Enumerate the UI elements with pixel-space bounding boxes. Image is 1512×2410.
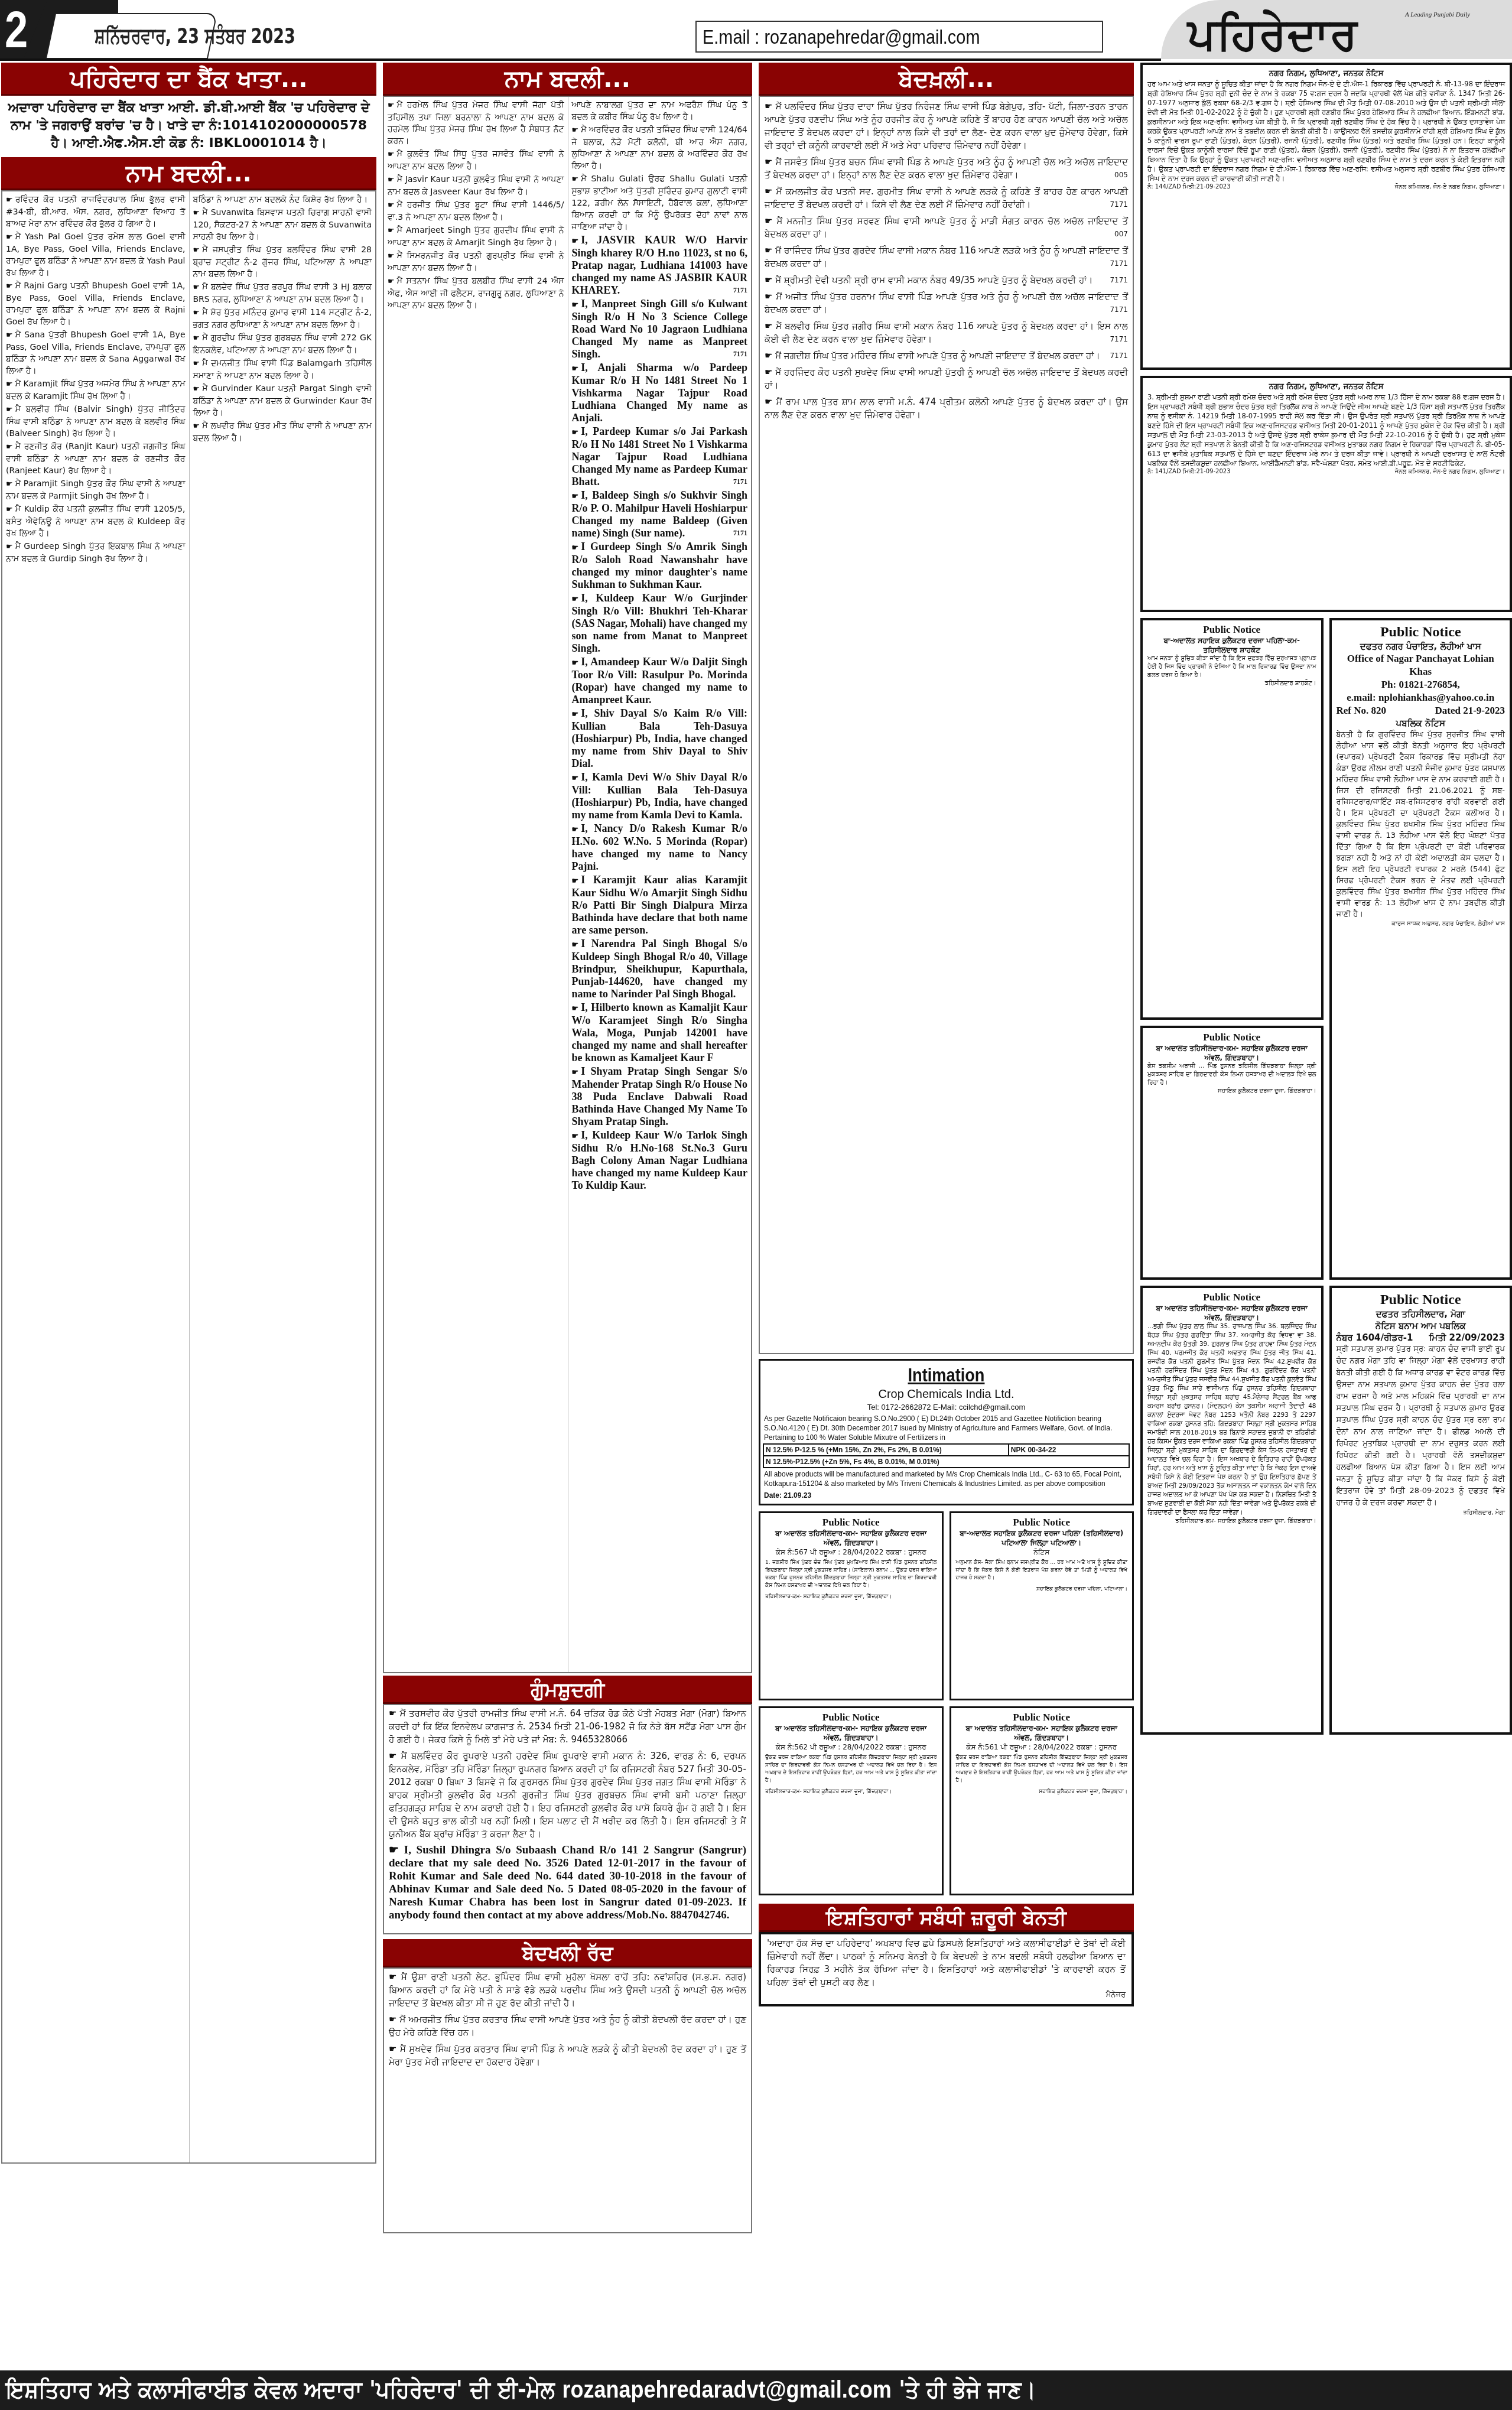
list-item: ☛ I, Sushil Dhingra S/o Subaash Chand R/…	[384, 1842, 751, 1924]
mc-ludhiana-notice-1: ਨਗਰ ਨਿਗਮ, ਲੁਧਿਆਣਾ, ਜਨਤਕ ਨੋਟਿਸ ਹਰ ਆਮ ਅਤੇ …	[1140, 63, 1512, 370]
pointing-hand-icon: ☛	[193, 359, 200, 368]
list-item: ☛ ਮੈਂ ਮਨਜੀਤ ਸਿੰਘ ਪੁੱਤਰ ਸਰਵਣ ਸਿੰਘ ਵਾਸੀ ਆਪ…	[760, 213, 1133, 242]
section-header-disown: ਬੇਦਖ਼ਲੀ...	[759, 63, 1134, 96]
public-notice-shahkot: Public Notice ਬਾ-ਅਦਾਲਤ ਸਹਾਇਕ ਕੁਲੈਕਟਰ ਦਰਜ…	[1140, 618, 1324, 1020]
pointing-hand-icon: ☛	[572, 175, 579, 184]
list-item: ☛ ਮੈਂ ਪਲਵਿੰਦਰ ਸਿੰਘ ਪੁੱਤਰ ਦਾਰਾ ਸਿੰਘ ਪੁੱਤਰ…	[760, 98, 1133, 154]
list-item: ☛ਮੈਂ ਸਿਮਰਨਜੀਤ ਕੌਰ ਪਤਨੀ ਗੁਰਪ੍ਰੀਤ ਸਿੰਘ ਵਾਸ…	[388, 250, 564, 274]
intimation-product-table: N 12.5% P-12.5 % (+Mn 15%, Zn 2%, Fs 2%,…	[763, 1443, 1130, 1468]
public-notice-lohian-khas: Public Notice ਦਫਤਰ ਨਗਰ ਪੰਚਾਇਤ, ਲੋਹੀਆਂ ਖਾ…	[1329, 618, 1512, 1280]
pointing-hand-icon: ☛	[6, 443, 13, 451]
table-row: N 12.5%-P12.5% (+Zn 5%, Fs 4%, B 0.01%, …	[763, 1456, 1129, 1468]
public-notice-card: Public Notice ਬਾ ਅਦਾਲਤ ਤਹਿਸੀਲਦਾਰ-ਕਮ- ਸਹਾ…	[759, 1706, 944, 1895]
footer-text: ਇਸ਼ਤਿਹਾਰ ਅਤੇ ਕਲਾਸੀਫਾਈਡ ਕੇਵਲ ਅਦਾਰਾ 'ਪਹਿਰੇ…	[6, 2374, 1036, 2406]
column-2: ਨਾਮ ਬਦਲੀ... ☛ਮੈਂ ਹਰਮੇਲ ਸਿੰਘ ਪੁੱਤਰ ਮੇਜਰ ਸ…	[383, 63, 752, 2233]
list-item: ☛ਮੈਂ ਬਲਵੀਰ ਸਿੰਘ (Balvir Singh) ਪੁੱਤਰ ਜੀਤ…	[6, 404, 186, 440]
list-item: ☛I, Nancy D/o Rakesh Kumar R/o H.No. 602…	[572, 822, 748, 873]
list-item: ☛ ਮੈਂ ਜਗਦੀਸ਼ ਸਿੰਘ ਪੁੱਤਰ ਮਹਿੰਦਰ ਸਿੰਘ ਵਾਸੀ…	[760, 347, 1133, 364]
name-change-subcol-left: ☛ਰਵਿੰਦਰ ਕੌਰ ਪਤਨੀ ਰਾਜਵਿੰਦਰਪਾਲ ਸਿੰਘ ਭੁੱਲਰ …	[2, 191, 189, 2162]
list-item: ☛ਮੈਂ Sana ਪੁੱਤਰੀ Bhupesh Goel ਵਾਸੀ 1A, B…	[6, 329, 186, 377]
pointing-hand-icon: ☛	[193, 385, 200, 393]
list-item: ☛I Karamjit Kaur alias Karamjit Kaur Sid…	[572, 874, 748, 936]
pointing-hand-icon: ☛	[388, 226, 395, 235]
list-item: ☛I, Baldeep Singh s/o Sukhvir Singh R/o …	[572, 489, 748, 539]
list-item: ☛ ਮੈਂ ਤਰਸਵੀਰ ਕੌਰ ਪੁੱਤਰੀ ਰਾਮਜੀਤ ਸਿੰਘ ਵਾਸੀ…	[384, 1705, 751, 1748]
issue-date: ਸ਼ਨਿੱਚਰਵਾਰ, 23 ਸਤੰਬਰ 2023	[95, 25, 295, 48]
list-item: ☛ਮੈਂ Kuldip ਕੌਰ ਪਤਨੀ ਕੁਲਜੀਤ ਸਿੰਘ ਵਾਸੀ 12…	[6, 503, 186, 539]
list-item: ☛ਮੈਂ Yash Pal Goel ਪੁੱਤਰ ਰਮੇਸ਼ ਲਾਲ Goel …	[6, 231, 186, 279]
pointing-hand-icon: ☛	[765, 216, 772, 226]
pointing-hand-icon: ☛	[572, 876, 579, 885]
list-item: ☛I, Anjali Sharma w/o Pardeep Kumar R/o …	[572, 362, 748, 424]
intimation-title: Intimation	[791, 1363, 1103, 1387]
pointing-hand-icon: ☛	[6, 233, 13, 242]
col4-right-stack-2: Public Notice ਦਫਤਰ ਤਹਿਸੀਲਦਾਰ, ਮੋਗਾ ਨੋਟਿਸ…	[1329, 1286, 1512, 1741]
name-change-list-1: ☛ਰਵਿੰਦਰ ਕੌਰ ਪਤਨੀ ਰਾਜਵਿੰਦਰਪਾਲ ਸਿੰਘ ਭੁੱਲਰ …	[1, 190, 376, 2164]
name-change-subcol-right: ਬਠਿੰਡਾ ਨੇ ਆਪਣਾ ਨਾਮ ਬਦਲਕੇ ਨੰਦ ਕਿਸ਼ੋਰ ਰੱਖ …	[189, 191, 376, 2162]
intimation-date: Date: 21.09.23	[763, 1489, 1130, 1501]
list-item: ☛ਮੈਂ ਅਰਵਿੰਦਰ ਕੌਰ ਪਤਨੀ ਤਜਿੰਦਰ ਸਿੰਘ ਵਾਸੀ 1…	[572, 124, 748, 172]
public-notice-card: Public Notice ਬਾ ਅਦਾਲਤ ਤਹਿਸੀਲਦਾਰ-ਕਮ- ਸਹਾ…	[950, 1706, 1134, 1895]
section-header-bank-account: ਪਹਿਰੇਦਾਰ ਦਾ ਬੈਂਕ ਖਾਤਾ...	[1, 63, 376, 96]
list-item: ☛ਮੈਂ Paramjit Singh ਪੁੱਤਰ ਕੌਰ ਸਿੰਘ ਵਾਸੀ …	[6, 478, 186, 502]
list-item: ☛I, Kuldeep Kaur W/o Tarlok Singh Sidhu …	[572, 1129, 748, 1192]
section-header-name-change: ਨਾਮ ਬਦਲੀ...	[1, 157, 376, 190]
list-item: ☛ਰਵਿੰਦਰ ਕੌਰ ਪਤਨੀ ਰਾਜਵਿੰਦਰਪਾਲ ਸਿੰਘ ਭੁੱਲਰ …	[6, 194, 186, 230]
public-notice-card: Public Notice ਬਾ-ਅਦਾਲਤ ਸਹਾਇਕ ਕੁਲੈਕਟਰ ਦਰਜ…	[950, 1511, 1134, 1700]
list-item: ☛ਮੈਂ ਹਰਮੇਲ ਸਿੰਘ ਪੁੱਤਰ ਮੇਜਰ ਸਿੰਘ ਵਾਸੀ ਜੱਗ…	[388, 99, 564, 147]
pointing-hand-icon: ☛	[6, 405, 13, 414]
list-item: ☛ ਮੈਂ ਜਸਵੰਤ ਸਿੰਘ ਪੁੱਤਰ ਬਚਨ ਸਿੰਘ ਵਾਸੀ ਪਿੰ…	[760, 154, 1133, 183]
table-cell: N 12.5% P-12.5 % (+Mn 15%, Zn 2%, Fs 2%,…	[763, 1444, 1009, 1456]
public-notice-card: Public Notice ਬਾ ਅਦਾਲਤ ਤਹਿਸੀਲਦਾਰ-ਕਮ- ਸਹਾ…	[759, 1511, 944, 1700]
pointing-hand-icon: ☛	[6, 331, 13, 340]
newspaper-logo: ਪਹਿਰੇਦਾਰ	[1188, 11, 1358, 58]
col4-split-row: Public Notice ਬਾ-ਅਦਾਲਤ ਸਹਾਇਕ ਕੁਲੈਕਟਰ ਦਰਜ…	[1140, 618, 1512, 1286]
table-cell: N 12.5%-P12.5% (+Zn 5%, Fs 4%, B 0.01%, …	[763, 1456, 1129, 1468]
pointing-hand-icon: ☛	[389, 1708, 396, 1719]
pointing-hand-icon: ☛	[388, 150, 395, 159]
list-item: ਬਠਿੰਡਾ ਨੇ ਆਪਣਾ ਨਾਮ ਬਦਲਕੇ ਨੰਦ ਕਿਸ਼ੋਰ ਰੱਖ …	[193, 194, 372, 206]
notice-email: e.mail: nplohiankhas@yahoo.co.in	[1337, 691, 1506, 704]
name-change-2-subcol-left: ☛ਮੈਂ ਹਰਮੇਲ ਸਿੰਘ ਪੁੱਤਰ ਮੇਜਰ ਸਿੰਘ ਵਾਸੀ ਜੱਗ…	[384, 97, 568, 1672]
list-item: ☛ ਮੈਂ ਕਮਲਜੀਤ ਕੌਰ ਪਤਨੀ ਸਵ. ਗੁਰਮੀਤ ਸਿੰਘ ਵਾ…	[760, 183, 1133, 213]
section-header-ad-request: ਇਸ਼ਤਿਹਾਰਾਂ ਸਬੰਧੀ ਜ਼ਰੂਰੀ ਬੇਨਤੀ	[759, 1904, 1134, 1932]
list-item: ☛ ਮੈਂ ਰਾਮ ਪਾਲ ਪੁੱਤਰ ਸ਼ਾਮ ਲਾਲ ਵਾਸੀ ਮ.ਨੰ. …	[760, 393, 1133, 423]
pointing-hand-icon: ☛	[572, 710, 579, 718]
list-item: ☛ ਮੈਂ ਊਸ਼ਾ ਰਾਣੀ ਪਤਨੀ ਲੇਟ. ਭੁਪਿੰਦਰ ਸਿੰਘ ਵ…	[384, 1969, 751, 2011]
pointing-hand-icon: ☛	[765, 291, 772, 302]
list-item: ☛ਮੈਂ ਜਸਪ੍ਰੀਤ ਸਿੰਘ ਪੁੱਤਰ ਬਲਵਿੰਦਰ ਸਿੰਘ ਵਾਸ…	[193, 244, 372, 280]
list-item: ☛I, Hilberto known as Kamaljit Kaur W/o …	[572, 1001, 748, 1064]
pointing-hand-icon: ☛	[6, 380, 13, 389]
column-1: ਪਹਿਰੇਦਾਰ ਦਾ ਬੈਂਕ ਖਾਤਾ... ਅਦਾਰਾ ਪਹਿਰੇਦਾਰ …	[1, 63, 376, 2164]
list-item: ☛ ਮੈਂ ਬਲਵੀਰ ਸਿੰਘ ਪੁੱਤਰ ਜਗੀਰ ਸਿੰਘ ਵਾਸੀ ਮਕ…	[760, 318, 1133, 347]
list-item: ☛I, Shiv Dayal S/o Kaim R/o Vill: Kullia…	[572, 707, 748, 770]
intimation-contact: Tel: 0172-2662872 E-Mail: ccilchd@gmail.…	[763, 1402, 1130, 1413]
list-item: ☛ਮੈਂ Gurvinder Kaur ਪਤਨੀ Pargat Singh ਵਾ…	[193, 383, 372, 419]
pointing-hand-icon: ☛	[6, 505, 13, 514]
pointing-hand-icon: ☛	[572, 428, 579, 437]
intimation-body: As per Gazette Notificaion bearing S.O.N…	[763, 1413, 1130, 1443]
column-3: ਬੇਦਖ਼ਲੀ... ☛ ਮੈਂ ਪਲਵਿੰਦਰ ਸਿੰਘ ਪੁੱਤਰ ਦਾਰਾ…	[759, 63, 1134, 2006]
list-item: ☛I, JASVIR KAUR W/O Harvir Singh kharey …	[572, 234, 748, 297]
pointing-hand-icon: ☛	[572, 126, 579, 135]
list-item: ☛ ਮੈਂ ਰਾਜਿੰਦਰ ਸਿੰਘ ਪੁੱਤਰ ਗੁਰਦੇਵ ਸਿੰਘ ਵਾਸ…	[760, 242, 1133, 272]
list-item: ☛ ਮੈਂ ਬਲਵਿੰਦਰ ਕੌਰ ਰੂਪਰਾਏ ਪਤਨੀ ਹਰਦੇਵ ਸਿੰਘ…	[384, 1748, 751, 1842]
pointing-hand-icon: ☛	[389, 1751, 396, 1761]
name-change-2-subcol-right: ਆਪਣੇ ਨਾਬਾਲਗ ਪੁੱਤਰ ਦਾ ਨਾਮ ਅਫਰੈਸ਼ ਸਿੰਘ ਪੰਨ…	[568, 97, 752, 1672]
pointing-hand-icon: ☛	[6, 196, 13, 204]
footer-email-link[interactable]: rozanapehredaradvt@gmail.com	[562, 2377, 891, 2403]
list-item: ਆਪਣੇ ਨਾਬਾਲਗ ਪੁੱਤਰ ਦਾ ਨਾਮ ਅਫਰੈਸ਼ ਸਿੰਘ ਪੰਨ…	[572, 99, 748, 123]
list-item: ☛ਮੈਂ ਸ਼ੇਰ ਪੁੱਤਰ ਮਨਿੰਦਰ ਕੁਮਾਰ ਵਾਸੀ 114 ਸਟ…	[193, 307, 372, 331]
masthead-rule	[0, 58, 1161, 61]
pointing-hand-icon: ☛	[6, 480, 13, 489]
pointing-hand-icon: ☛	[389, 1972, 396, 1982]
list-item: ☛ਮੈਂ ਕੁਲਵੰਤ ਸਿੰਘ ਸਿੱਧੂ ਪੁੱਤਰ ਜਸਵੰਤ ਸਿੰਘ …	[388, 148, 564, 173]
pointing-hand-icon: ☛	[388, 201, 395, 210]
list-item: ☛ ਮੈਂ ਸ਼੍ਰੀਮਤੀ ਦੇਵੀ ਪਤਨੀ ਸ਼੍ਰੀ ਰਾਮ ਵਾਸੀ …	[760, 272, 1133, 288]
list-item: ☛ ਮੈਂ ਸੁਖਦੇਵ ਸਿੰਘ ਪੁੱਤਰ ਕਰਤਾਰ ਸਿੰਘ ਵਾਸੀ …	[384, 2041, 751, 2070]
list-item: ☛I, Pardeep Kumar s/o Jai Parkash R/o H …	[572, 425, 748, 488]
pointing-hand-icon: ☛	[765, 101, 772, 112]
ad-request-notice: 'ਅਦਾਰਾ ਹੱਕ ਸੱਚ ਦਾ ਪਹਿਰੇਦਾਰ' ਅਖ਼ਬਾਰ ਵਿਚ ਛ…	[759, 1932, 1134, 2006]
list-item: ☛ਮੈਂ ਬਲਦੇਵ ਸਿੰਘ ਪੁੱਤਰ ਭਰਪੂਰ ਸਿੰਘ ਵਾਸੀ 3 …	[193, 281, 372, 305]
pointing-hand-icon: ☛	[193, 246, 200, 255]
pointing-hand-icon: ☛	[388, 101, 395, 110]
intimation-footer: All above products will be manufactured …	[763, 1468, 1130, 1489]
pointing-hand-icon: ☛	[572, 1068, 579, 1076]
pointing-hand-icon: ☛	[388, 277, 395, 286]
logo-tagline: A Leading Punjabi Daily	[1405, 11, 1470, 19]
table-row: N 12.5% P-12.5 % (+Mn 15%, Zn 2%, Fs 2%,…	[763, 1444, 1129, 1456]
pointing-hand-icon: ☛	[193, 308, 200, 317]
pointing-hand-icon: ☛	[389, 2014, 396, 2025]
list-item: ☛ਮੈਂ ਦਮਨਜੀਤ ਸਿੰਘ ਵਾਸੀ ਪਿੰਡ Balamgarh ਤਹਿ…	[193, 357, 372, 382]
mc-ludhiana-notice-2: ਨਗਰ ਨਿਗਮ, ਲੁਧਿਆਣਾ, ਜਨਤਕ ਨੋਟਿਸ 3. ਸ਼੍ਰੀਮਤ…	[1140, 376, 1512, 612]
list-item: ☛ਮੈਂ ਲਖਵੀਰ ਸਿੰਘ ਪੁੱਤਰ ਮੀਤ ਸਿੰਘ ਵਾਸੀ ਨੇ ਆ…	[193, 420, 372, 444]
pointing-hand-icon: ☛	[572, 364, 579, 373]
col4-left-stack-2: Public Notice ਬਾ ਅਦਾਲਤ ਤਹਿਸੀਲਦਾਰ-ਕਮ- ਸਹਾ…	[1140, 1286, 1324, 1741]
col4-split-row-2: Public Notice ਬਾ ਅਦਾਲਤ ਤਹਿਸੀਲਦਾਰ-ਕਮ- ਸਹਾ…	[1140, 1286, 1512, 1741]
list-item: ☛ ਮੈਂ ਅਮਰਜੀਤ ਸਿੰਘ ਪੁੱਤਰ ਕਰਤਾਰ ਸਿੰਘ ਵਾਸੀ …	[384, 2011, 751, 2041]
pointing-hand-icon: ☛	[193, 283, 200, 292]
col4-right-stack: Public Notice ਦਫਤਰ ਨਗਰ ਪੰਚਾਇਤ, ਲੋਹੀਆਂ ਖਾ…	[1329, 618, 1512, 1286]
page-number: 2	[5, 4, 27, 56]
pointing-hand-icon: ☛	[572, 300, 579, 309]
pointing-hand-icon: ☛	[572, 658, 579, 667]
pointing-hand-icon: ☛	[765, 321, 772, 331]
list-item: ☛ ਮੈਂ ਹਰਜਿੰਦਰ ਕੌਰ ਪਤਨੀ ਸੁਖਦੇਵ ਸਿੰਘ ਵਾਸੀ …	[760, 364, 1133, 393]
public-notice-grid: Public Notice ਬਾ ਅਦਾਲਤ ਤਹਿਸੀਲਦਾਰ-ਕਮ- ਸਹਾ…	[759, 1511, 1134, 1895]
footer-banner: ਇਸ਼ਤਿਹਾਰ ਅਤੇ ਕਲਾਸੀਫਾਈਡ ਕੇਵਲ ਅਦਾਰਾ 'ਪਹਿਰੇ…	[0, 2370, 1512, 2410]
section-header-name-change-2: ਨਾਮ ਬਦਲੀ...	[383, 63, 752, 96]
pointing-hand-icon: ☛	[6, 282, 13, 291]
list-item: ☛ਮੈਂ Shalu Gulati ਉਰਫ Shallu Gulati ਪਤਨੀ…	[572, 173, 748, 233]
public-notice-moga: Public Notice ਦਫਤਰ ਤਹਿਸੀਲਦਾਰ, ਮੋਗਾ ਨੋਟਿਸ…	[1329, 1286, 1512, 1735]
pointing-hand-icon: ☛	[572, 1004, 579, 1013]
list-item: ☛I, Manpreet Singh Gill s/o Kulwant Sing…	[572, 298, 748, 360]
disown-list: ☛ ਮੈਂ ਪਲਵਿੰਦਰ ਸਿੰਘ ਪੁੱਤਰ ਦਾਰਾ ਸਿੰਘ ਪੁੱਤਰ…	[759, 96, 1134, 1354]
list-item: ☛I, Kuldeep Kaur W/o Gurjinder Singh R/o…	[572, 592, 748, 655]
pointing-hand-icon: ☛	[572, 543, 579, 552]
pointing-hand-icon: ☛	[193, 209, 200, 217]
list-item: ☛ਮੈਂ ਹਰਜੀਤ ਸਿੰਘ ਪੁੱਤਰ ਬੂਟਾ ਸਿੰਘ ਵਾਸੀ 144…	[388, 199, 564, 223]
column-4: ਨਗਰ ਨਿਗਮ, ਲੁਧਿਆਣਾ, ਜਨਤਕ ਨੋਟਿਸ ਹਰ ਆਮ ਅਤੇ …	[1140, 63, 1512, 1741]
pointing-hand-icon: ☛	[765, 350, 772, 361]
email-box: E.mail : rozanapehredar@gmail.com	[695, 21, 1103, 53]
pointing-hand-icon: ☛	[572, 492, 579, 500]
pointing-hand-icon: ☛	[765, 275, 772, 285]
pointing-hand-icon: ☛	[765, 245, 772, 256]
pointing-hand-icon: ☛	[572, 940, 579, 949]
pointing-hand-icon: ☛	[389, 2044, 396, 2054]
pointing-hand-icon: ☛	[765, 157, 772, 167]
pointing-hand-icon: ☛	[572, 594, 579, 603]
list-item: ☛I Gurdeep Singh S/o Amrik Singh R/o Sal…	[572, 541, 748, 591]
pointing-hand-icon: ☛	[6, 542, 13, 551]
list-item: ☛I, Amandeep Kaur W/o Daljit Singh Toor …	[572, 656, 748, 706]
list-item: ☛ਮੈਂ Gurdeep Singh ਪੁੱਤਰ ਇਕਬਾਲ ਸਿੰਘ ਨੇ ਆ…	[6, 541, 186, 565]
disown-cancel-list: ☛ ਮੈਂ ਊਸ਼ਾ ਰਾਣੀ ਪਤਨੀ ਲੇਟ. ਭੁਪਿੰਦਰ ਸਿੰਘ ਵ…	[383, 1967, 752, 2233]
list-item: ☛ਮੈਂ Amarjeet Singh ਪੁੱਤਰ ਗੁਰਦੀਪ ਸਿੰਘ ਵਾ…	[388, 225, 564, 249]
list-item: ☛ਮੈਂ ਸਤਨਾਮ ਸਿੰਘ ਪੁੱਤਰ ਬਲਬੀਰ ਸਿੰਘ ਵਾਸੀ 24…	[388, 275, 564, 311]
table-cell: NPK 00-34-22	[1009, 1444, 1129, 1456]
public-notice-small: Public Notice ਬਾ ਅਦਾਲਤ ਤਹਿਸੀਲਦਾਰ-ਕਮ- ਸਹਾ…	[1140, 1026, 1324, 1280]
pointing-hand-icon: ☛	[389, 1844, 399, 1856]
bank-account-text: ਅਦਾਰਾ ਪਹਿਰੇਦਾਰ ਦਾ ਬੈਂਕ ਖਾਤਾ ਆਈ. ਡੀ.ਬੀ.ਆਈ…	[1, 96, 376, 157]
missing-list: ☛ ਮੈਂ ਤਰਸਵੀਰ ਕੌਰ ਪੁੱਤਰੀ ਰਾਮਜੀਤ ਸਿੰਘ ਵਾਸੀ…	[383, 1704, 752, 1934]
pointing-hand-icon: ☛	[572, 825, 579, 834]
list-item: ☛ ਮੈਂ ਅਜੀਤ ਸਿੰਘ ਪੁੱਤਰ ਹਰਨਾਮ ਸਿੰਘ ਵਾਸੀ ਪਿ…	[760, 288, 1133, 318]
pointing-hand-icon: ☛	[388, 252, 395, 261]
pointing-hand-icon: ☛	[572, 1131, 579, 1140]
intimation-company: Crop Chemicals India Ltd.	[763, 1387, 1130, 1402]
list-item: ☛I Shyam Pratap Singh Sengar S/o Mahende…	[572, 1065, 748, 1128]
section-header-disown-cancel: ਬੇਦਖਲੀ ਰੱਦ	[383, 1939, 752, 1967]
pointing-hand-icon: ☛	[765, 186, 772, 197]
list-item: ☛I Narendra Pal Singh Bhogal S/o Kuldeep…	[572, 938, 748, 1000]
public-notice-hussnar: Public Notice ਬਾ ਅਦਾਲਤ ਤਹਿਸੀਲਦਾਰ-ਕਮ- ਸਹਾ…	[1140, 1286, 1324, 1735]
email-link[interactable]: E.mail : rozanapehredar@gmail.com	[703, 25, 980, 49]
list-item: ☛ਮੈਂ Suvanwita ਬਿਸਵਾਸ ਪਤਨੀ ਚਿਰਾਗ ਸਾਹਨੀ ਵ…	[193, 207, 372, 243]
list-item: ☛ਮੈਂ Karamjit ਸਿੰਘ ਪੁੱਤਰ ਅਜਮੇਰ ਸਿੰਘ ਨੇ ਆ…	[6, 378, 186, 402]
col4-left-stack: Public Notice ਬਾ-ਅਦਾਲਤ ਸਹਾਇਕ ਕੁਲੈਕਟਰ ਦਰਜ…	[1140, 618, 1324, 1286]
pointing-hand-icon: ☛	[388, 175, 395, 184]
section-header-missing: ਗੁੰਮਸ਼ੁਦਗੀ	[383, 1676, 752, 1704]
pointing-hand-icon: ☛	[193, 422, 200, 431]
list-item: ☛I, Kamla Devi W/o Shiv Dayal R/o Vill: …	[572, 771, 748, 821]
pointing-hand-icon: ☛	[572, 236, 579, 245]
pointing-hand-icon: ☛	[193, 334, 200, 343]
list-item: ☛ਮੈਂ Jasvir Kaur ਪਤਨੀ ਕੁਲਵੰਤ ਸਿੰਘ ਵਾਸੀ ਨ…	[388, 174, 564, 198]
name-change-list-2: ☛ਮੈਂ ਹਰਮੇਲ ਸਿੰਘ ਪੁੱਤਰ ਮੇਜਰ ਸਿੰਘ ਵਾਸੀ ਜੱਗ…	[383, 96, 752, 1673]
masthead: 2 ਸ਼ਨਿੱਚਰਵਾਰ, 23 ਸਤੰਬਰ 2023 E.mail : roz…	[0, 0, 1512, 60]
list-item: ☛ਮੈਂ Rajni Garg ਪਤਨੀ Bhupesh Goel ਵਾਸੀ 1…	[6, 280, 186, 328]
list-item: ☛ਮੈਂ ਗੁਰਦੀਪ ਸਿੰਘ ਪੁੱਤਰ ਗੁਰਬਚਨ ਸਿੰਘ ਵਾਸੀ …	[193, 332, 372, 356]
intimation-ad: Intimation Crop Chemicals India Ltd. Tel…	[759, 1359, 1134, 1505]
pointing-hand-icon: ☛	[572, 773, 579, 782]
pointing-hand-icon: ☛	[765, 396, 772, 407]
pointing-hand-icon: ☛	[765, 367, 772, 378]
list-item: ☛ਮੈਂ ਰਣਜੀਤ ਕੌਰ (Ranjit Kaur) ਪਤਨੀ ਜਗਜੀਤ …	[6, 441, 186, 477]
